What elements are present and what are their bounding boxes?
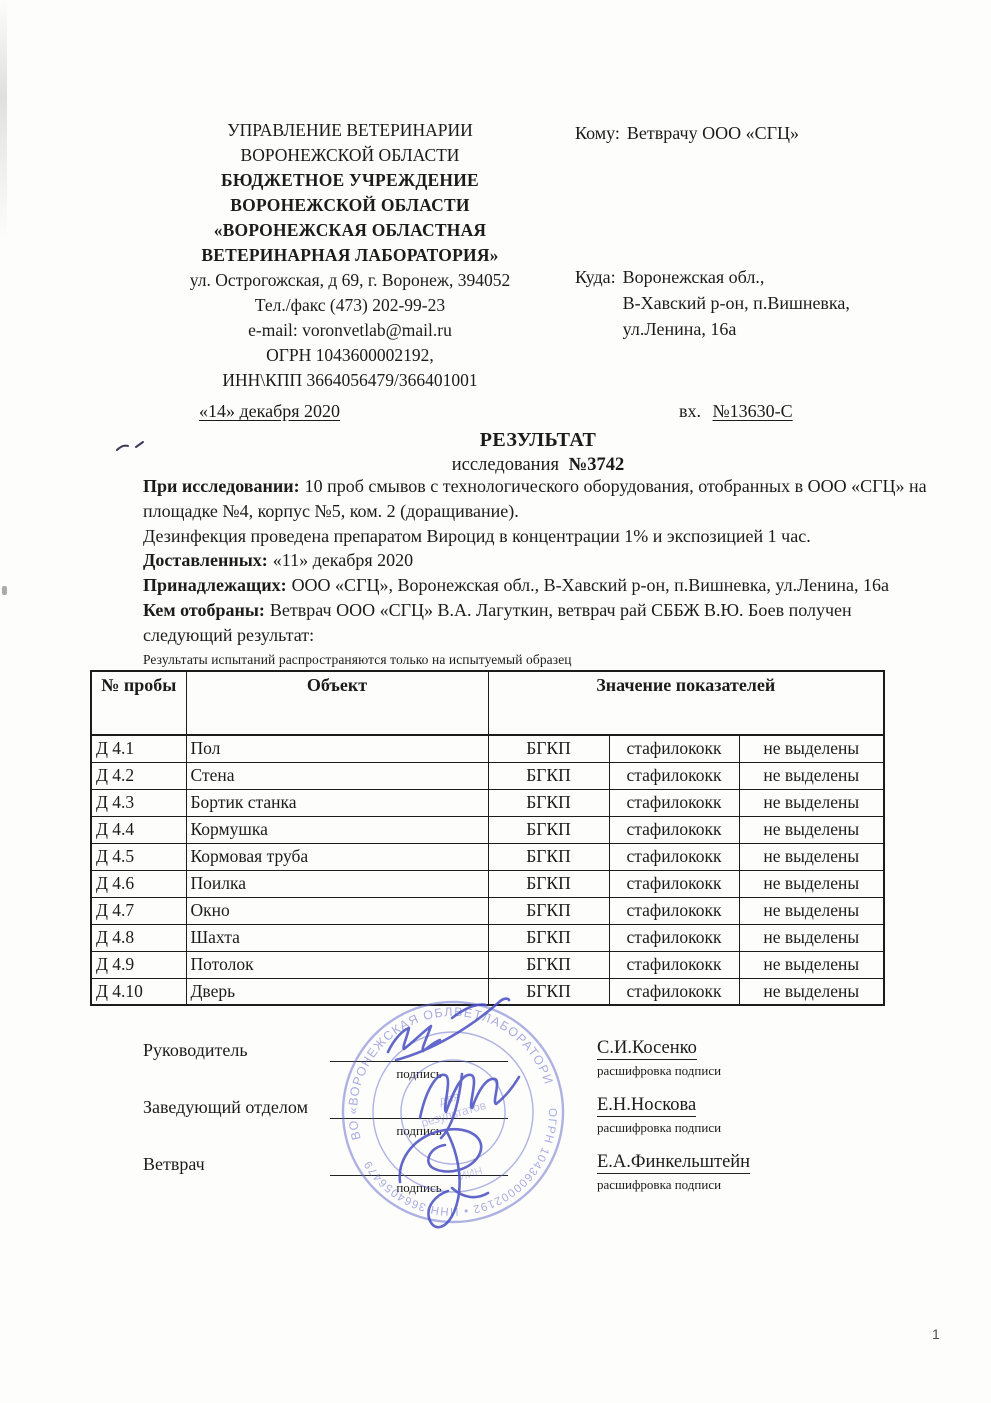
org-name-line: ВЕТЕРИНАРНАЯ ЛАБОРАТОРИЯ» [140, 243, 560, 268]
test-bgkp: БГКП [488, 897, 609, 924]
test-staph: стафилококк [609, 924, 739, 951]
sample-object: Кормушка [186, 816, 488, 843]
signer-role: Заведующий отделом [143, 1097, 308, 1118]
signature-caption: подпись [330, 1066, 508, 1082]
test-bgkp: БГКП [488, 924, 609, 951]
signature-line [330, 1099, 508, 1119]
address-line: ул.Ленина, 16а [623, 316, 850, 342]
signature-caption: подпись [330, 1180, 508, 1196]
signer-name: Е.Н.Носкова [597, 1095, 696, 1116]
page-number: 1 [932, 1326, 940, 1342]
incoming-label: вх. [679, 401, 701, 421]
column-header-values: Значение показателей [488, 671, 884, 735]
paragraph-label: Доставленных: [143, 550, 268, 570]
sample-object: Окно [186, 897, 488, 924]
org-name-line: ВОРОНЕЖСКОЙ ОБЛАСТИ [140, 193, 560, 218]
org-header: УПРАВЛЕНИЕ ВЕТЕРИНАРИИ ВОРОНЕЖСКОЙ ОБЛАС… [140, 118, 560, 393]
test-staph: стафилококк [609, 762, 739, 789]
test-bgkp: БГКП [488, 789, 609, 816]
paragraph-delivered: Доставленных:«11» декабря 2020 [143, 548, 935, 573]
recipient-where: Куда: Воронежская обл., В-Хавский р-он, … [575, 264, 955, 342]
test-bgkp: БГКП [488, 816, 609, 843]
org-ogrn: ОГРН 1043600002192, [140, 343, 560, 368]
signer-name: С.И.Косенко [597, 1038, 697, 1059]
org-phone: Тел./факс (473) 202-99-23 [140, 293, 560, 318]
test-staph: стафилококк [609, 789, 739, 816]
research-number: №3742 [569, 455, 625, 475]
sample-id: Д 4.10 [91, 978, 186, 1005]
address-line: Воронежская обл., [623, 264, 850, 290]
sample-id: Д 4.5 [91, 843, 186, 870]
results-table: № пробы Объект Значение показателей Д 4.… [90, 670, 885, 1006]
test-result: не выделены [739, 735, 884, 762]
test-result: не выделены [739, 816, 884, 843]
org-email: e-mail: voronvetlab@mail.ru [140, 318, 560, 343]
org-name-line: «ВОРОНЕЖСКАЯ ОБЛАСТНАЯ [140, 218, 560, 243]
test-staph: стафилококк [609, 735, 739, 762]
test-staph: стафилококк [609, 897, 739, 924]
org-dept-line: ВОРОНЕЖСКОЙ ОБЛАСТИ [140, 143, 560, 168]
recipient-to-label: Кому: [575, 120, 620, 146]
sample-id: Д 4.7 [91, 897, 186, 924]
test-staph: стафилококк [609, 978, 739, 1005]
table-row: Д 4.4 Кормушка БГКП стафилококк не выдел… [91, 816, 884, 843]
org-name-line: БЮДЖЕТНОЕ УЧРЕЖДЕНИЕ [140, 168, 560, 193]
recipient-to-value: Ветврачу ООО «СГЦ» [627, 120, 799, 146]
page-title: РЕЗУЛЬТАТ [143, 429, 933, 452]
signature-decode-caption: расшифровка подписи [597, 1120, 721, 1136]
paragraph-label: Кем отобраны: [143, 600, 265, 620]
sample-id: Д 4.9 [91, 951, 186, 978]
paragraph-label: Принадлежащих: [143, 575, 287, 595]
results-disclaimer: Результаты испытаний распространяются то… [143, 652, 783, 668]
paragraph-sampled-by: Кем отобраны:Ветврач ООО «СГЦ» В.А. Лагу… [143, 598, 935, 648]
document-page: УПРАВЛЕНИЕ ВЕТЕРИНАРИИ ВОРОНЕЖСКОЙ ОБЛАС… [0, 0, 991, 1403]
test-staph: стафилококк [609, 870, 739, 897]
sample-id: Д 4.8 [91, 924, 186, 951]
column-header-object: Объект [186, 671, 488, 735]
sample-object: Дверь [186, 978, 488, 1005]
test-staph: стафилококк [609, 843, 739, 870]
table-row: Д 4.7 Окно БГКП стафилококк не выделены [91, 897, 884, 924]
test-bgkp: БГКП [488, 735, 609, 762]
sample-object: Стена [186, 762, 488, 789]
test-result: не выделены [739, 762, 884, 789]
signature-line [330, 1042, 508, 1062]
sample-object: Кормовая труба [186, 843, 488, 870]
signer-role: Руководитель [143, 1040, 248, 1061]
scan-speck [2, 586, 7, 595]
signature-line [330, 1156, 508, 1176]
sample-id: Д 4.2 [91, 762, 186, 789]
sample-id: Д 4.1 [91, 735, 186, 762]
table-header-row: № пробы Объект Значение показателей [91, 671, 884, 735]
test-result: не выделены [739, 978, 884, 1005]
table-row: Д 4.9 Потолок БГКП стафилококк не выделе… [91, 951, 884, 978]
table-row: Д 4.2 Стена БГКП стафилококк не выделены [91, 762, 884, 789]
test-result: не выделены [739, 843, 884, 870]
scan-edge-artifact [0, 0, 7, 240]
test-result: не выделены [739, 897, 884, 924]
org-address: ул. Острогожская, д 69, г. Воронеж, 3940… [140, 268, 560, 293]
table-row: Д 4.6 Поилка БГКП стафилококк не выделен… [91, 870, 884, 897]
test-result: не выделены [739, 789, 884, 816]
sample-object: Поилка [186, 870, 488, 897]
pen-marks [114, 438, 148, 456]
paragraph-label: При исследовании: [143, 476, 300, 496]
test-staph: стафилококк [609, 816, 739, 843]
handwritten-signatures [300, 990, 570, 1250]
table-row: Д 4.5 Кормовая труба БГКП стафилококк не… [91, 843, 884, 870]
column-header-sample: № пробы [91, 671, 186, 735]
paragraph-disinfection: Дезинфекция проведена препаратом Вироцид… [143, 524, 935, 549]
date-value: «14» декабря 2020 [199, 401, 340, 421]
test-bgkp: БГКП [488, 978, 609, 1005]
signature-ink-1 [452, 1005, 486, 1018]
table-row: Д 4.1 Пол БГКП стафилококк не выделены [91, 735, 884, 762]
signature-decode-caption: расшифровка подписи [597, 1063, 721, 1079]
table-row: Д 4.10 Дверь БГКП стафилококк не выделен… [91, 978, 884, 1005]
sample-id: Д 4.6 [91, 870, 186, 897]
recipient-to: Кому: Ветврачу ООО «СГЦ» [575, 120, 935, 146]
test-result: не выделены [739, 870, 884, 897]
incoming-value: №13630-С [713, 401, 793, 421]
signer-role: Ветврач [143, 1154, 205, 1175]
sample-object: Пол [186, 735, 488, 762]
recipient-where-label: Куда: [575, 264, 616, 342]
paragraph-belonging: Принадлежащих:ООО «СГЦ», Воронежская обл… [143, 573, 935, 598]
address-line: В-Хавский р-он, п.Вишневка, [623, 290, 850, 316]
signer-name: Е.А.Финкельштейн [597, 1152, 750, 1173]
body-text: При исследовании:10 проб смывов с технол… [143, 474, 935, 648]
incoming-number: вх. №13630-С [679, 401, 793, 422]
subtitle-prefix: исследования [452, 455, 559, 475]
signature-decode-caption: расшифровка подписи [597, 1177, 721, 1193]
test-result: не выделены [739, 924, 884, 951]
sample-object: Шахта [186, 924, 488, 951]
recipient-where-address: Воронежская обл., В-Хавский р-он, п.Вишн… [623, 264, 850, 342]
test-bgkp: БГКП [488, 870, 609, 897]
sample-object: Потолок [186, 951, 488, 978]
test-bgkp: БГКП [488, 951, 609, 978]
sample-object: Бортик станка [186, 789, 488, 816]
test-staph: стафилококк [609, 951, 739, 978]
test-bgkp: БГКП [488, 843, 609, 870]
table-row: Д 4.8 Шахта БГКП стафилококк не выделены [91, 924, 884, 951]
paragraph-research: При исследовании:10 проб смывов с технол… [143, 474, 935, 524]
sample-id: Д 4.4 [91, 816, 186, 843]
test-result: не выделены [739, 951, 884, 978]
table-row: Д 4.3 Бортик станка БГКП стафилококк не … [91, 789, 884, 816]
signature-caption: подпись [330, 1123, 508, 1139]
org-inn-kpp: ИНН\КПП 3664056479/366401001 [140, 368, 560, 393]
test-bgkp: БГКП [488, 762, 609, 789]
document-date: «14» декабря 2020 [199, 401, 340, 422]
page-subtitle: исследования №3742 [143, 455, 933, 476]
org-dept-line: УПРАВЛЕНИЕ ВЕТЕРИНАРИИ [140, 118, 560, 143]
sample-id: Д 4.3 [91, 789, 186, 816]
